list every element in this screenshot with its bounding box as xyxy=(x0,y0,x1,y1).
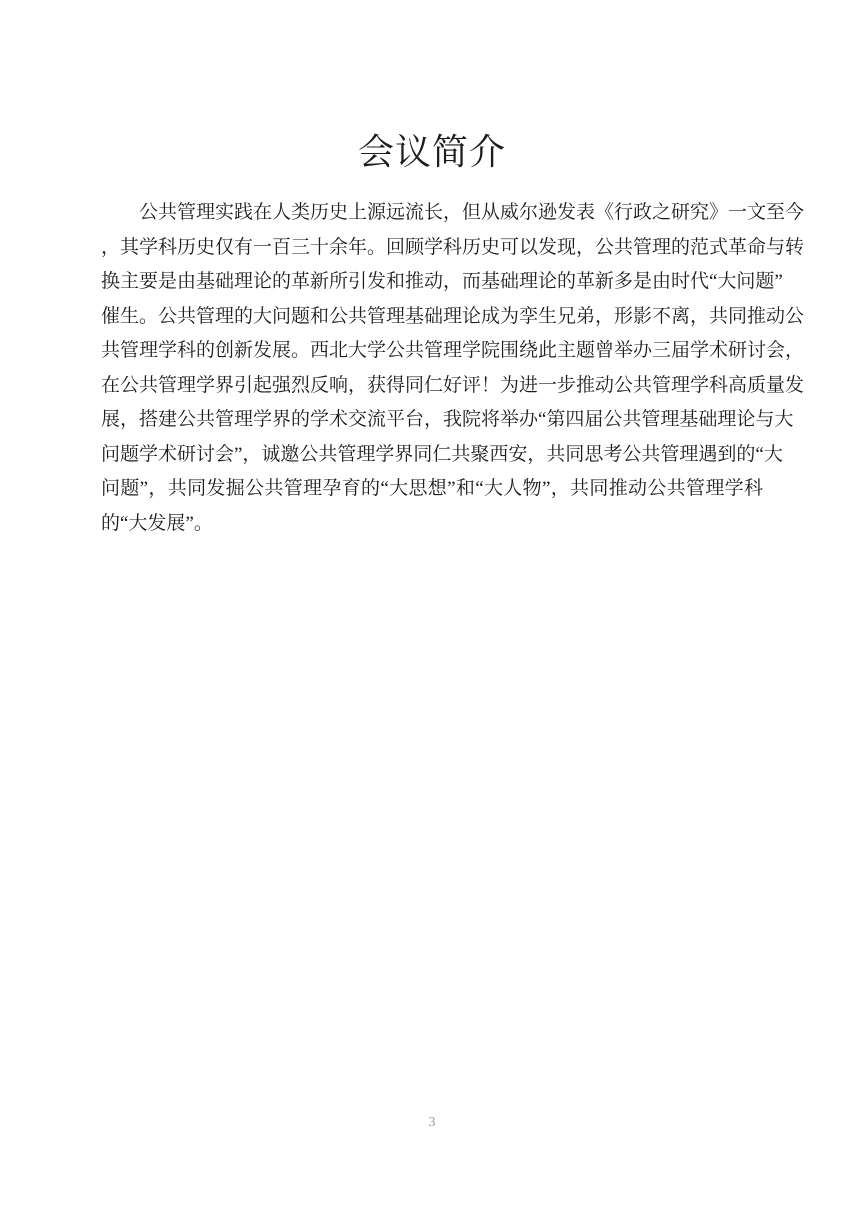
paragraph-line: 共管理学科的创新发展。西北大学公共管理学院围绕此主题曾举办三届学术研讨会， xyxy=(101,334,763,369)
paragraph-line: 换主要是由基础理论的革新所引发和推动，而基础理论的革新多是由时代“大问题” xyxy=(101,265,763,300)
paragraph-line: 在公共管理学界引起强烈反响，获得同仁好评！为进一步推动公共管理学科高质量发 xyxy=(101,369,763,404)
document-page: 会议简介 公共管理实践在人类历史上源远流长，但从威尔逊发表《行政之研究》一文至今… xyxy=(0,0,864,1222)
paragraph-line: 问题”，共同发掘公共管理孕育的“大思想”和“大人物”，共同推动公共管理学科 xyxy=(101,472,763,507)
paragraph-line: 展，搭建公共管理学界的学术交流平台，我院将举办“第四届公共管理基础理论与大 xyxy=(101,403,763,438)
paragraph-line: 的“大发展”。 xyxy=(101,507,763,542)
paragraph-line: 催生。公共管理的大问题和公共管理基础理论成为孪生兄弟，形影不离，共同推动公 xyxy=(101,300,763,335)
page-number: 3 xyxy=(0,1115,864,1131)
paragraph-line: ，其学科历史仅有一百三十余年。回顾学科历史可以发现，公共管理的范式革命与转 xyxy=(101,231,763,266)
page-title: 会议简介 xyxy=(0,0,864,172)
body-paragraph: 公共管理实践在人类历史上源远流长，但从威尔逊发表《行政之研究》一文至今 ，其学科… xyxy=(101,196,763,541)
paragraph-line: 问题学术研讨会”，诚邀公共管理学界同仁共聚西安，共同思考公共管理遇到的“大 xyxy=(101,438,763,473)
paragraph-line: 公共管理实践在人类历史上源远流长，但从威尔逊发表《行政之研究》一文至今 xyxy=(101,196,763,231)
